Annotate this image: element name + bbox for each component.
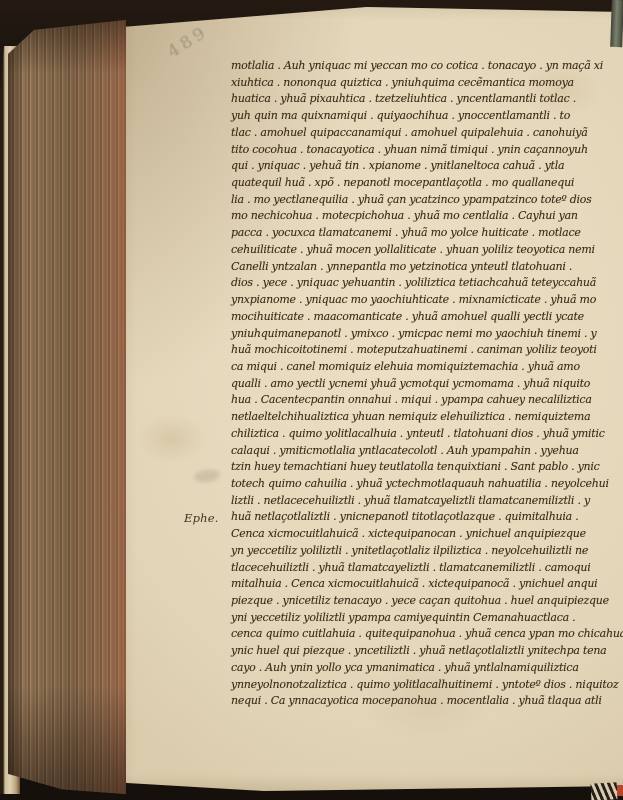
- manuscript-line: yuh quin ma quixnamiqui . quiyaochihua .…: [231, 108, 615, 125]
- manuscript-line: totech quimo cahuilia . yhuã yctechmotla…: [231, 476, 615, 493]
- manuscript-line: cehuiliticate . yhuã mocen yollaliticate…: [231, 242, 615, 259]
- manuscript-line: calaqui . ymiticmotlalia yntlacatecolotl…: [231, 443, 615, 460]
- manuscript-line: ca miqui . canel momiquiz elehuia momiqu…: [231, 359, 615, 376]
- manuscript-line: mocihuiticate . maacomanticate . yhuã am…: [231, 309, 615, 326]
- manuscript-line: tito cocohua . tonacayotica . yhuan nimã…: [231, 142, 615, 159]
- book-fore-edge: [8, 20, 126, 794]
- manuscript-line: piezque . ynicetiliz tenacayo . yece caç…: [231, 593, 615, 610]
- manuscript-line: qualli . amo yectli ycnemi yhuã ycmotqui…: [231, 376, 615, 393]
- manuscript-line: yn yeccetiliz yoliliztli . ynitetlaçotla…: [231, 543, 615, 560]
- manuscript-line: tlac . amohuel quipaccanamiqui . amohuel…: [231, 125, 615, 142]
- manuscript-line: chiliztica . quimo yolitlacalhuia . ynte…: [231, 426, 615, 443]
- manuscript-photo: 489 Ephe. motlalia . Auh yniquac mi yecc…: [0, 0, 623, 800]
- manuscript-line: qui . yniquac . yehuã tin . xpianome . y…: [231, 158, 615, 175]
- color-chip: [617, 785, 623, 796]
- manuscript-line: ynxpianome . yniquac mo yaochiuhticate .…: [231, 292, 615, 309]
- manuscript-line: liztli . netlacecehuiliztli . yhuã tlama…: [231, 493, 615, 510]
- manuscript-line: pacca . yocuxca tlamatcanemi . yhuã mo y…: [231, 225, 615, 242]
- folio-number-pencil: 489: [164, 22, 212, 63]
- manuscript-line: motlalia . Auh yniquac mi yeccan mo co c…: [231, 58, 615, 75]
- manuscript-line: huã mochicoitotinemi . moteputzahuatinem…: [231, 342, 615, 359]
- manuscript-line: nequi . Ca ynnacayotica mocepanohua . mo…: [231, 693, 615, 710]
- manuscript-line: Canelli yntzalan . ynnepantla mo yetzino…: [231, 259, 615, 276]
- manuscript-line: tzin huey temachtiani huey teutlatolla t…: [231, 459, 615, 476]
- ribbon-fragment-icon: [610, 0, 623, 47]
- manuscript-page: 489 Ephe. motlalia . Auh yniquac mi yecc…: [110, 2, 623, 796]
- manuscript-line: dios . yece . yniquac yehuantin . yolili…: [231, 275, 615, 292]
- manuscript-line: ynic huel qui piezque . yncetiliztli . y…: [231, 643, 615, 660]
- manuscript-line: cenca quimo cuitlahuia . quitequipanohua…: [231, 626, 615, 643]
- manuscript-line: Cenca xicmocuitlahuicã . xictequipanocan…: [231, 526, 615, 543]
- manuscript-line: huã netlaçotlaliztli . ynicnepanotl tito…: [231, 509, 615, 526]
- pencil-smudge: [193, 468, 220, 484]
- margin-note-ephesians: Ephe.: [184, 511, 219, 525]
- manuscript-line: hua . Cacentecpantin onnahui . miqui . y…: [231, 392, 615, 409]
- manuscript-line: quatequil huã . xpõ . nepanotl mocepantl…: [231, 175, 615, 192]
- manuscript-line: ynneyolnonotzaliztica . quimo yolitlacal…: [231, 677, 615, 694]
- ruler-fragment: [591, 782, 618, 800]
- manuscript-line: tlacecehuiliztli . yhuã tlamatcayeliztli…: [231, 560, 615, 577]
- manuscript-line: yni yeccetiliz yoliliztli ypampa camiyeq…: [231, 610, 615, 627]
- manuscript-line: xiuhtica . nononqua quiztica . yniuhquim…: [231, 75, 615, 92]
- manuscript-line: huatica . yhuã pixauhtica . tzetzeliuhti…: [231, 91, 615, 108]
- manuscript-line: yniuhquimanepanotl . ymixco . ymicpac ne…: [231, 326, 615, 343]
- manuscript-text-block: motlalia . Auh yniquac mi yeccan mo co c…: [231, 58, 615, 710]
- manuscript-line: mitalhuia . Cenca xicmocuitlahuicã . xic…: [231, 576, 615, 593]
- manuscript-line: lia . mo yectlanequilia . yhuã çan ycatz…: [231, 192, 615, 209]
- manuscript-line: cayo . Auh ynin yollo yca ymanimatica . …: [231, 660, 615, 677]
- manuscript-line: mo nechicohua . motecpichohua . yhuã mo …: [231, 208, 615, 225]
- manuscript-line: netlaeltelchihualiztica yhuan nemiquiz e…: [231, 409, 615, 426]
